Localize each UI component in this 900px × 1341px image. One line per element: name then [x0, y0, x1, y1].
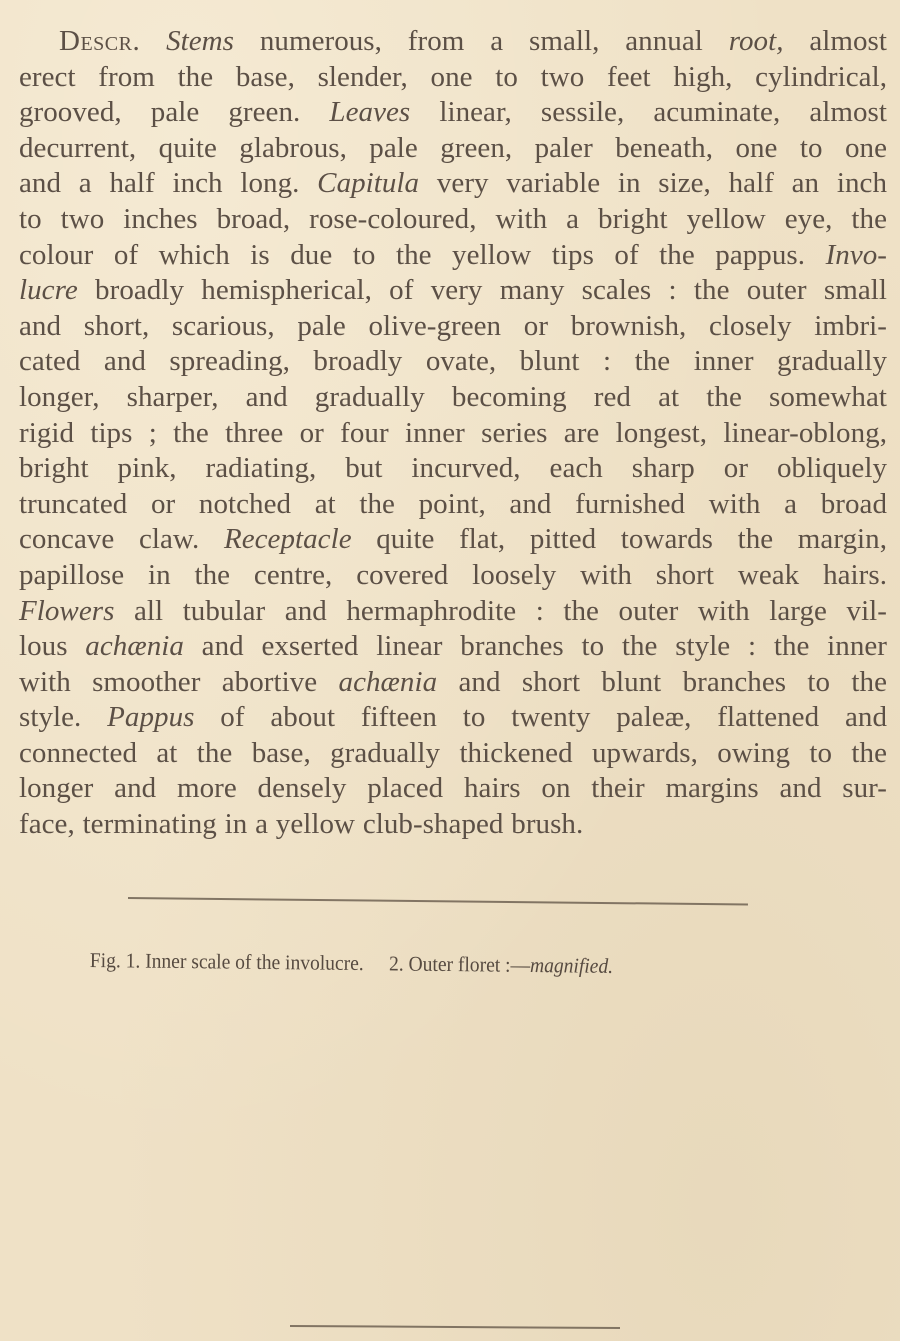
description-text: grooved, pale green. — [19, 96, 329, 128]
fig-2-magnified: magnified. — [530, 953, 613, 978]
description-text: papillose in the centre, covered loosely… — [19, 559, 887, 591]
description-text: connected at the base, gradually thicken… — [19, 737, 887, 769]
description-line: bright pink, radiating, but incurved, ea… — [19, 451, 887, 487]
description-text: very variable in size, half an inch — [419, 167, 887, 199]
species-description: Descr. Stems numerous, from a small, ann… — [19, 24, 887, 843]
description-line: decurrent, quite glabrous, pale green, p… — [19, 131, 887, 167]
italic-term: Receptacle — [224, 523, 352, 555]
description-line: with smoother abortive achænia and short… — [19, 665, 887, 701]
description-text: quite flat, pitted towards the margin, — [352, 523, 887, 555]
description-text: colour of which is due to the yellow tip… — [19, 239, 826, 271]
description-line: connected at the base, gradually thicken… — [19, 736, 887, 772]
fig-1-text: Inner scale of the involucre. — [145, 949, 364, 975]
description-text: and exserted linear branches to the styl… — [184, 630, 887, 662]
description-text: concave claw. — [19, 523, 224, 555]
description-line: face, terminating in a yellow club-shape… — [19, 807, 887, 843]
description-line: lous achænia and exserted linear branche… — [19, 629, 887, 665]
description-text: with smoother abortive — [19, 666, 339, 698]
description-text: numerous, from a small, annual — [234, 25, 729, 57]
description-line: longer, sharper, and gradually becoming … — [19, 380, 887, 416]
description-text: almost — [784, 25, 888, 57]
description-line: truncated or notched at the point, and f… — [19, 487, 887, 523]
figure-caption: Fig. 1. Inner scale of the involucre. 2.… — [90, 945, 797, 983]
description-text: longer, sharper, and gradually becoming … — [19, 381, 887, 413]
description-line: style. Pappus of about fifteen to twenty… — [19, 700, 887, 736]
italic-term: Leaves — [329, 96, 410, 128]
description-line: rigid tips ; the three or four inner ser… — [19, 416, 887, 452]
fig-1-label: Fig. 1. — [90, 948, 141, 973]
description-text: lous — [19, 630, 85, 662]
description-text: bright pink, radiating, but incurved, ea… — [19, 452, 887, 484]
description-text: and a half inch long. — [19, 167, 317, 199]
section-divider-rule — [128, 897, 748, 905]
description-line: papillose in the centre, covered loosely… — [19, 558, 887, 594]
description-text: linear, sessile, acuminate, almost — [410, 96, 887, 128]
scanned-page: Descr. Stems numerous, from a small, ann… — [0, 0, 900, 1341]
description-line: lucre broadly hemispherical, of very man… — [19, 273, 887, 309]
description-line: grooved, pale green. Leaves linear, sess… — [19, 95, 887, 131]
description-line: colour of which is due to the yellow tip… — [19, 238, 887, 274]
italic-term: Flowers — [19, 595, 114, 627]
italic-term: Pappus — [107, 701, 194, 733]
italic-term: achænia — [339, 666, 438, 698]
description-line: and a half inch long. Capitula very vari… — [19, 166, 887, 202]
description-line: to two inches broad, rose-coloured, with… — [19, 202, 887, 238]
description-line: Descr. Stems numerous, from a small, ann… — [19, 24, 887, 60]
description-text: longer and more densely placed hairs on … — [19, 772, 887, 804]
description-text — [140, 25, 166, 57]
description-text: face, terminating in a yellow club-shape… — [19, 808, 583, 840]
description-text: cated and spreading, broadly ovate, blun… — [19, 345, 887, 377]
description-line: cated and spreading, broadly ovate, blun… — [19, 344, 887, 380]
description-label: Descr. — [59, 25, 140, 57]
italic-term: Stems — [166, 25, 234, 57]
italic-term: Capitula — [317, 167, 419, 199]
italic-term: root, — [729, 25, 784, 57]
description-text: and short blunt branches to the — [437, 666, 887, 698]
fig-2-label: 2. — [389, 951, 404, 975]
description-text: all tubular and hermaphrodite : the oute… — [114, 595, 887, 627]
description-line: longer and more densely placed hairs on … — [19, 771, 887, 807]
fig-2-text: Outer floret :— — [408, 952, 530, 977]
description-line: Flowers all tubular and hermaphrodite : … — [19, 594, 887, 630]
italic-term: lucre — [19, 274, 78, 306]
description-line: erect from the base, slender, one to two… — [19, 60, 887, 96]
description-text: rigid tips ; the three or four inner ser… — [19, 417, 887, 449]
italic-term: achænia — [85, 630, 184, 662]
description-text: of about fifteen to twenty paleæ, flatte… — [194, 701, 887, 733]
italic-term: Invo- — [826, 239, 887, 271]
description-line: and short, scarious, pale olive-green or… — [19, 309, 887, 345]
page-bottom-rule — [290, 1325, 620, 1329]
description-text: broadly hemispherical, of very many scal… — [78, 274, 887, 306]
description-text: erect from the base, slender, one to two… — [19, 61, 887, 93]
description-text: decurrent, quite glabrous, pale green, p… — [19, 132, 887, 164]
description-text: and short, scarious, pale olive-green or… — [19, 310, 887, 342]
description-text: truncated or notched at the point, and f… — [19, 488, 887, 520]
description-line: concave claw. Receptacle quite flat, pit… — [19, 522, 887, 558]
description-text: style. — [19, 701, 107, 733]
description-text: to two inches broad, rose-coloured, with… — [19, 203, 887, 235]
